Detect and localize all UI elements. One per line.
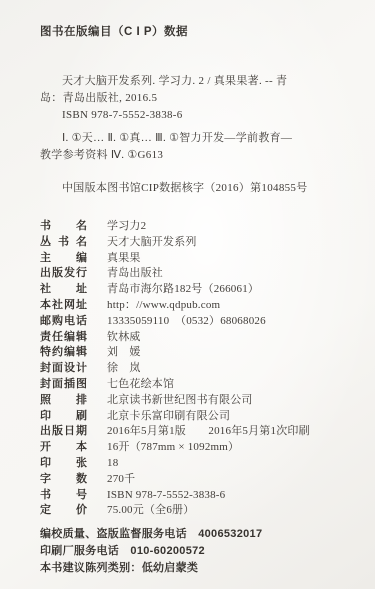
detail-row-mail-order-phone: 邮购电话 13335059110 （0532）68068026 bbox=[40, 314, 360, 330]
quality-piracy-hotline: 编校质量、盗版监督服务电话 4006532017 bbox=[40, 526, 262, 543]
detail-label: 书名 bbox=[40, 219, 87, 235]
detail-row-title: 书名 学习力2 bbox=[40, 219, 360, 235]
detail-label: 封面设计 bbox=[40, 361, 87, 377]
detail-row-publisher: 出版发行 青岛出版社 bbox=[40, 266, 360, 282]
detail-row-series: 丛书名 天才大脑开发系列 bbox=[40, 235, 360, 251]
detail-label: 主编 bbox=[40, 251, 87, 267]
detail-row-address: 社址 青岛市海尔路182号（266061） bbox=[40, 282, 360, 298]
cip-paragraph-line1: 天才大脑开发系列. 学习力. 2 / 真果果著. -- 青 bbox=[40, 73, 340, 90]
detail-row-contributing-editor: 特约编辑 刘 媛 bbox=[40, 345, 360, 361]
detail-value: 刘 媛 bbox=[107, 345, 141, 361]
cip-classification: Ⅰ. ①天… Ⅱ. ①真… Ⅲ. ①智力开发—学前教育— 教学参考资料 Ⅳ. ①… bbox=[40, 130, 350, 164]
detail-label: 照排 bbox=[40, 393, 87, 409]
cip-record-number: 中国版本图书馆CIP数据核字（2016）第104855号 bbox=[40, 179, 308, 195]
detail-label: 书号 bbox=[40, 488, 87, 504]
detail-row-printed-sheets: 印张 18 bbox=[40, 456, 360, 472]
detail-row-printing: 印刷 北京卡乐富印刷有限公司 bbox=[40, 409, 360, 425]
detail-value: 18 bbox=[107, 456, 118, 472]
detail-label: 定价 bbox=[40, 503, 87, 519]
detail-row-isbn: 书号 ISBN 978-7-5552-3838-6 bbox=[40, 488, 360, 504]
cip-paragraph: 天才大脑开发系列. 学习力. 2 / 真果果著. -- 青 岛：青岛出版社, 2… bbox=[40, 73, 340, 124]
publication-details: 书名 学习力2 丛书名 天才大脑开发系列 主编 真果果 出版发行 青岛出版社 社… bbox=[40, 219, 360, 519]
detail-label: 责任编辑 bbox=[40, 330, 87, 346]
detail-label: 邮购电话 bbox=[40, 314, 87, 330]
detail-label: 字数 bbox=[40, 472, 87, 488]
cip-paragraph-line2: 岛：青岛出版社, 2016.5 bbox=[40, 90, 340, 107]
detail-value: 75.00元（全6册） bbox=[107, 503, 194, 519]
detail-value: 学习力2 bbox=[107, 219, 146, 235]
cip-isbn-line: ISBN 978-7-5552-3838-6 bbox=[40, 107, 340, 124]
detail-label: 出版发行 bbox=[40, 266, 87, 282]
detail-value: 270千 bbox=[107, 472, 135, 488]
shelving-category-suggestion: 本书建议陈列类别：低幼启蒙类 bbox=[40, 560, 262, 577]
detail-label: 出版日期 bbox=[40, 424, 87, 440]
printer-service-phone: 印刷厂服务电话 010-60200572 bbox=[40, 543, 262, 560]
detail-value: 青岛市海尔路182号（266061） bbox=[107, 282, 259, 298]
detail-row-format: 开本 16开（787mm × 1092mm） bbox=[40, 440, 360, 456]
detail-value: 七色花绘本馆 bbox=[107, 377, 174, 393]
detail-label: 本社网址 bbox=[40, 298, 87, 314]
detail-row-typesetting: 照排 北京读书新世纪图书有限公司 bbox=[40, 393, 360, 409]
cip-header: 图书在版编目（C I P）数据 bbox=[40, 23, 188, 39]
detail-label: 印张 bbox=[40, 456, 87, 472]
detail-value: 徐 岚 bbox=[107, 361, 141, 377]
detail-label: 印刷 bbox=[40, 409, 87, 425]
detail-value: 北京卡乐富印刷有限公司 bbox=[107, 409, 230, 425]
detail-value: 北京读书新世纪图书有限公司 bbox=[107, 393, 253, 409]
detail-row-word-count: 字数 270千 bbox=[40, 472, 360, 488]
detail-row-cover-illustration: 封面插图 七色花绘本馆 bbox=[40, 377, 360, 393]
detail-value: 16开（787mm × 1092mm） bbox=[107, 440, 239, 456]
detail-value: http：//www.qdpub.com bbox=[107, 298, 220, 314]
detail-row-cover-design: 封面设计 徐 岚 bbox=[40, 361, 360, 377]
detail-row-price: 定价 75.00元（全6册） bbox=[40, 503, 360, 519]
detail-row-responsible-editor: 责任编辑 钦林威 bbox=[40, 330, 360, 346]
detail-row-publication-date: 出版日期 2016年5月第1版 2016年5月第1次印刷 bbox=[40, 424, 360, 440]
detail-label: 丛书名 bbox=[40, 235, 87, 251]
detail-value: 2016年5月第1版 2016年5月第1次印刷 bbox=[107, 424, 310, 440]
classification-line2: 教学参考资料 Ⅳ. ①G613 bbox=[40, 147, 350, 164]
detail-value: 天才大脑开发系列 bbox=[107, 235, 197, 251]
detail-label: 社址 bbox=[40, 282, 87, 298]
detail-value: 13335059110 （0532）68068026 bbox=[107, 314, 266, 330]
detail-value: ISBN 978-7-5552-3838-6 bbox=[107, 488, 225, 504]
detail-value: 青岛出版社 bbox=[107, 266, 163, 282]
detail-row-editor-in-chief: 主编 真果果 bbox=[40, 251, 360, 267]
detail-label: 开本 bbox=[40, 440, 87, 456]
detail-value: 钦林威 bbox=[107, 330, 141, 346]
detail-row-website: 本社网址 http：//www.qdpub.com bbox=[40, 298, 360, 314]
classification-line1: Ⅰ. ①天… Ⅱ. ①真… Ⅲ. ①智力开发—学前教育— bbox=[40, 130, 350, 147]
detail-label: 封面插图 bbox=[40, 377, 87, 393]
service-info: 编校质量、盗版监督服务电话 4006532017 印刷厂服务电话 010-602… bbox=[40, 526, 262, 577]
detail-value: 真果果 bbox=[107, 251, 141, 267]
copyright-page: 图书在版编目（C I P）数据 天才大脑开发系列. 学习力. 2 / 真果果著.… bbox=[0, 0, 375, 589]
detail-label: 特约编辑 bbox=[40, 345, 87, 361]
